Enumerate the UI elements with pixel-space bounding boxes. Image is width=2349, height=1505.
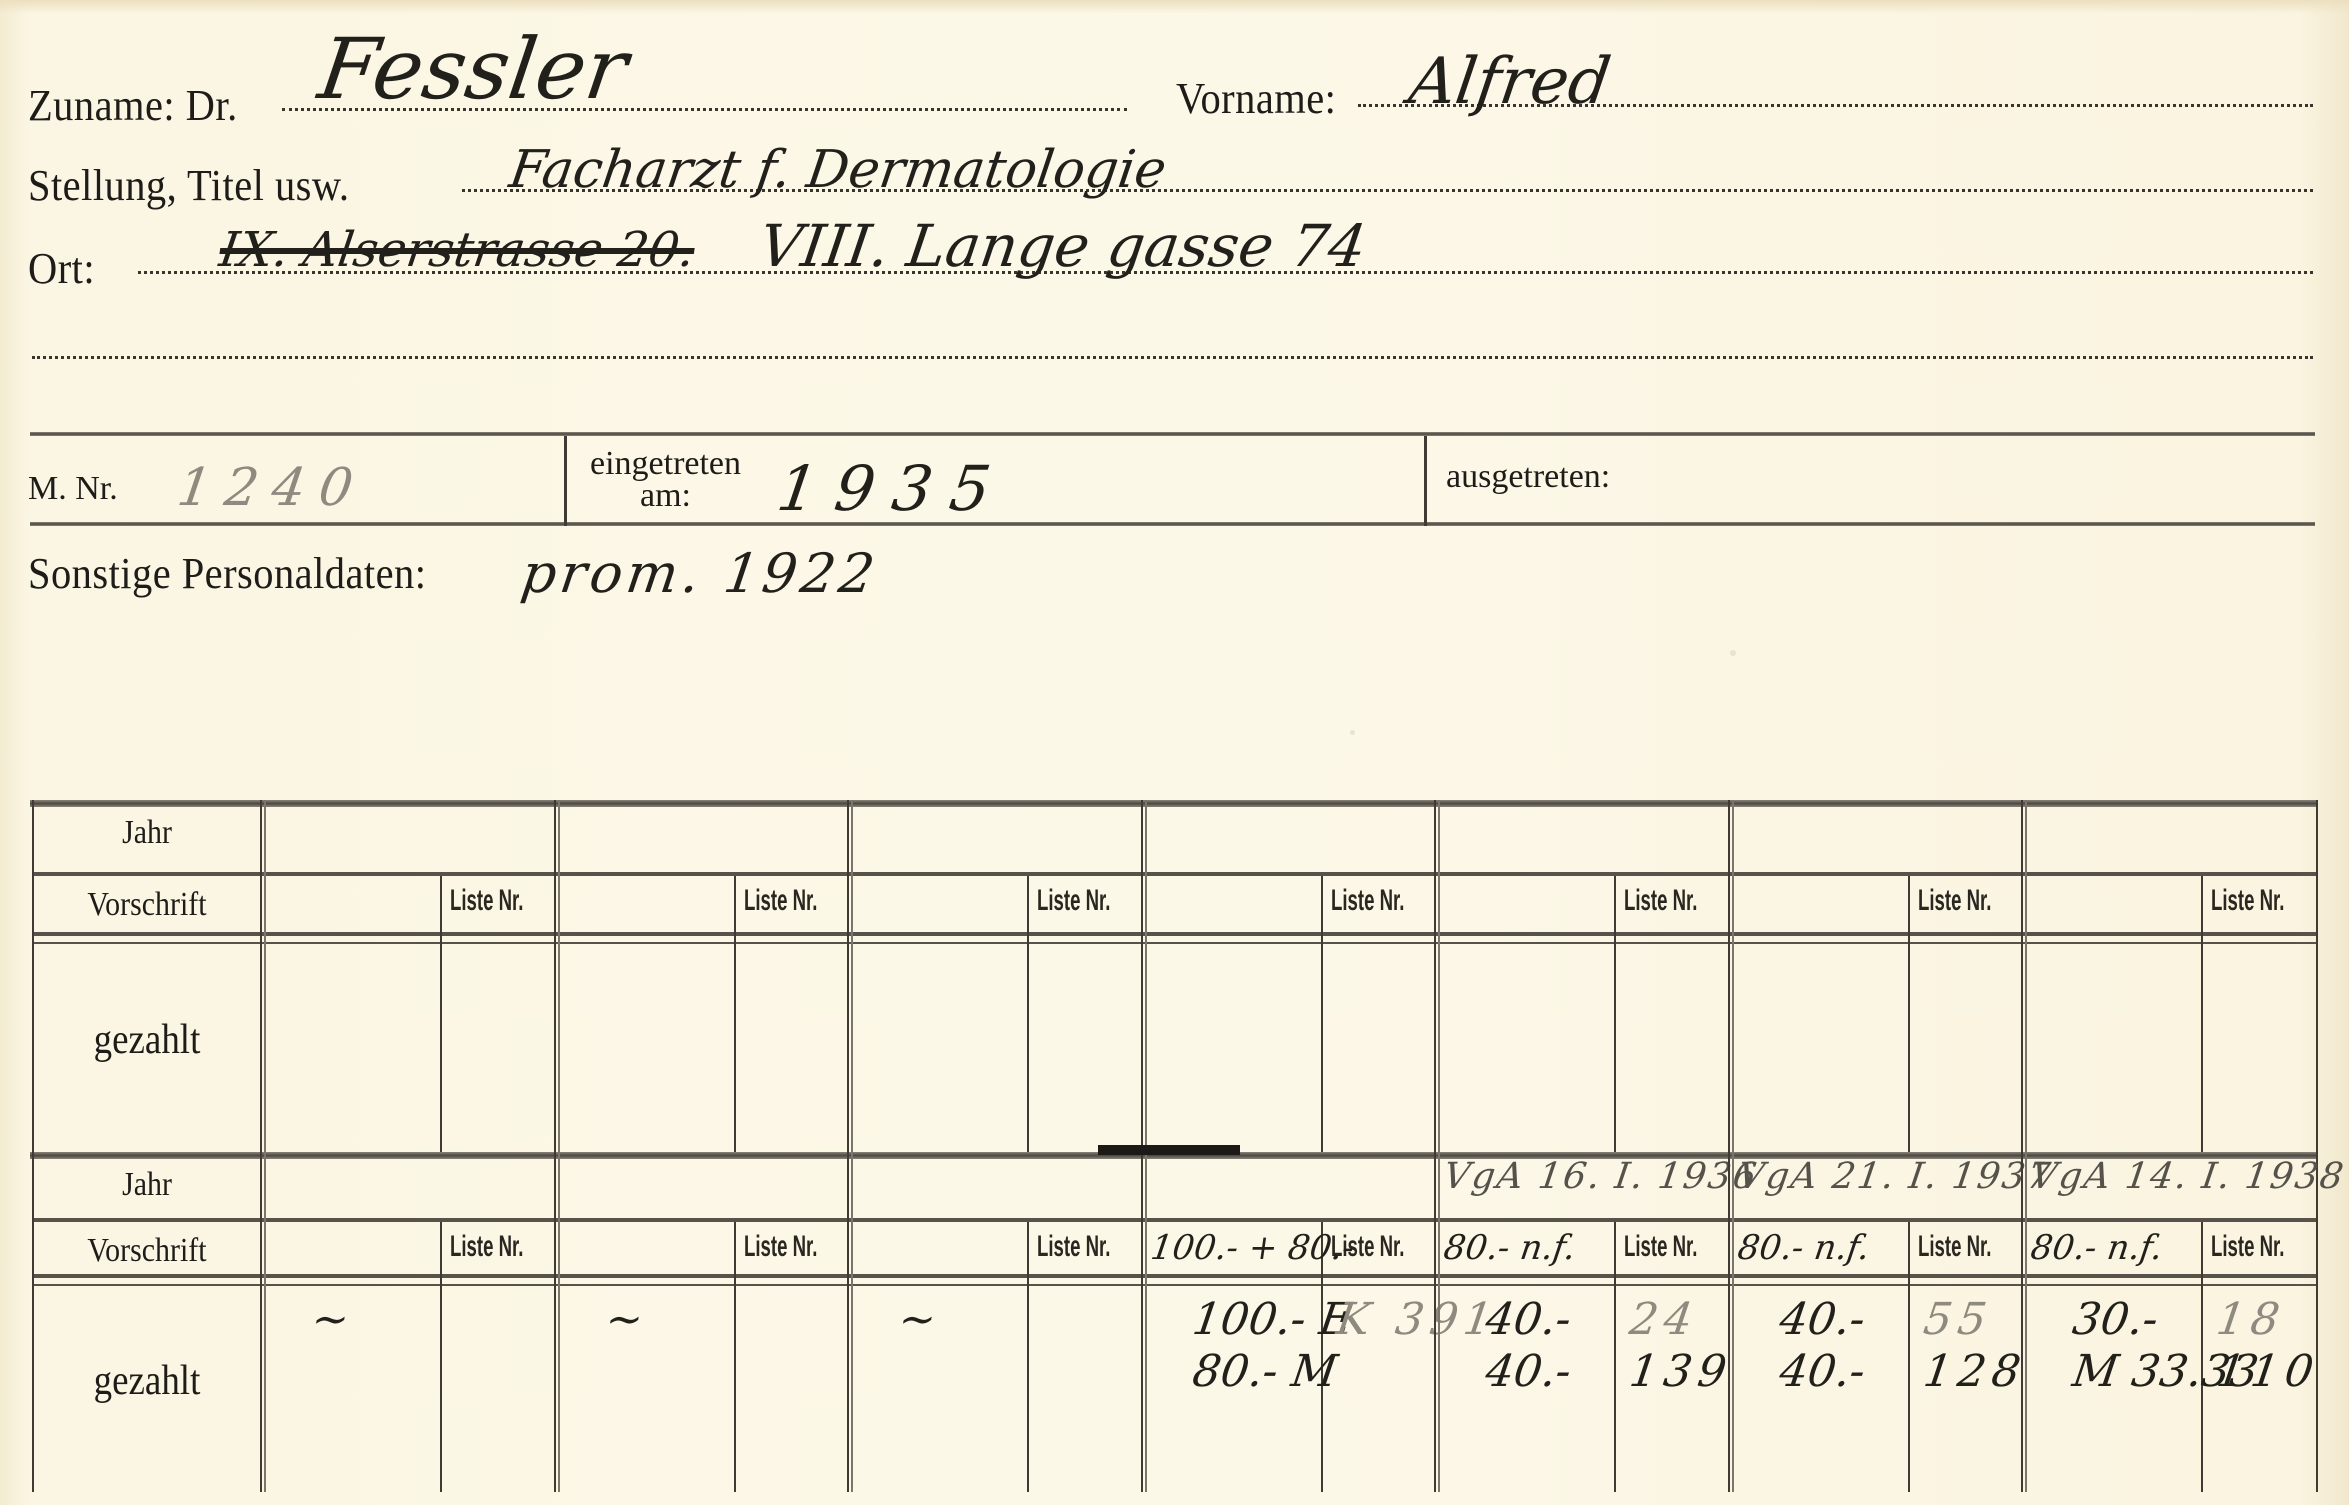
bottom-table-list-value-2: 110 — [2213, 1346, 2322, 1397]
bottom-table-paid-value-2: 40.- — [1482, 1346, 1574, 1397]
top-table-list-no-label: Liste Nr. — [450, 884, 523, 918]
top-table-list-no-label: Liste Nr. — [1918, 884, 1991, 918]
top-table-list-divider — [1614, 876, 1616, 1152]
bottom-table-list-divider — [440, 1222, 442, 1492]
bottom-table-list-no-label: Liste Nr. — [1037, 1230, 1110, 1264]
member-no-label: M. Nr. — [28, 470, 118, 508]
bottom-table-right-border — [2316, 1152, 2318, 1492]
paper-speck — [1350, 730, 1355, 735]
bottom-table-paid-value-1: ~ — [308, 1294, 352, 1345]
bottom-table-list-value-2: 139 — [1626, 1346, 1735, 1397]
bottom-table-year-value: VgA 21. I. 1937 — [1735, 1156, 2055, 1197]
bottom-table-paid-label: gezahlt — [46, 1357, 248, 1405]
firstname-label: Vorname: — [1176, 73, 1336, 124]
bottom-table-paid-value-1: 40.- — [1482, 1294, 1574, 1345]
top-table-paid-label: gezahlt — [46, 1016, 248, 1064]
extra-line — [32, 356, 2313, 359]
bottom-table-list-divider — [1908, 1222, 1910, 1492]
paper-speck — [1730, 650, 1736, 656]
top-table-list-divider — [734, 876, 736, 1152]
bottom-table-list-divider — [734, 1222, 736, 1492]
bottom-table-list-no-label: Liste Nr. — [1624, 1230, 1697, 1264]
other-data-value: prom. 1922 — [518, 542, 883, 605]
divider-ink-mark — [1098, 1145, 1240, 1155]
top-table-top-rule — [30, 800, 2318, 807]
bottom-table-list-no-label: Liste Nr. — [450, 1230, 523, 1264]
membership-divider-1 — [564, 436, 567, 526]
bottom-table-paid-value-2: 80.- M — [1189, 1346, 1340, 1397]
joined-label-line1: eingetreten — [590, 448, 741, 480]
membership-top-rule — [30, 432, 2315, 436]
bottom-table-list-divider — [1614, 1222, 1616, 1492]
top-table-left-border — [32, 800, 34, 1152]
bottom-table-list-value-1: 55 — [1920, 1294, 1995, 1345]
bottom-table-year-rule — [32, 1218, 2316, 1222]
bottom-table-list-value-1: 24 — [1626, 1294, 1701, 1345]
member-no-value: 1240 — [174, 458, 371, 518]
surname-value: Fessler — [313, 20, 633, 118]
joined-label: eingetreten am: — [590, 448, 741, 512]
bottom-table-paid-value-1: ~ — [895, 1294, 939, 1345]
position-value: Facharzt f. Dermatologie — [506, 140, 1170, 200]
scan-edge-shadow — [0, 0, 2349, 14]
surname-label: Zuname: Dr. — [28, 80, 238, 131]
bottom-table-regulation-value: 100.- + 80.- — [1148, 1228, 1356, 1268]
bottom-table-column-divider — [1141, 1152, 1147, 1492]
membership-bottom-rule — [30, 522, 2315, 526]
top-table-column-divider — [260, 800, 266, 1152]
top-table-list-no-label: Liste Nr. — [1331, 884, 1404, 918]
bottom-table-column-divider — [2021, 1152, 2027, 1492]
top-table-right-border — [2316, 800, 2318, 1152]
top-table-list-divider — [1908, 876, 1910, 1152]
bottom-table-regulation-value: 80.- n.f. — [1441, 1228, 1578, 1268]
top-table-column-divider — [847, 800, 853, 1152]
place-value: VIII. Lange gasse 74 — [755, 212, 1370, 280]
bottom-table-regulation-rule-2 — [32, 1284, 2316, 1286]
top-table-list-divider — [1321, 876, 1323, 1152]
position-label: Stellung, Titel usw. — [28, 160, 349, 211]
bottom-table-paid-value-2: 40.- — [1776, 1346, 1868, 1397]
bottom-table-list-value-1: K 391 — [1333, 1294, 1501, 1345]
top-table-list-no-label: Liste Nr. — [1624, 884, 1697, 918]
bottom-table-regulation-label: Vorschrift — [46, 1232, 248, 1270]
bottom-table-list-no-label: Liste Nr. — [1918, 1230, 1991, 1264]
top-table-column-divider — [1728, 800, 1734, 1152]
top-table-list-divider — [1027, 876, 1029, 1152]
top-table-year-rule — [32, 872, 2316, 876]
top-table-regulation-label: Vorschrift — [46, 886, 248, 924]
bottom-table-column-divider — [1728, 1152, 1734, 1492]
top-table-column-divider — [1141, 800, 1147, 1152]
bottom-table-regulation-value: 80.- n.f. — [1735, 1228, 1872, 1268]
bottom-table-paid-value-1: 100.- E — [1189, 1294, 1355, 1345]
top-table-list-no-label: Liste Nr. — [2211, 884, 2284, 918]
bottom-table-column-divider — [260, 1152, 266, 1492]
left-label: ausgetreten: — [1446, 458, 1610, 496]
bottom-table-column-divider — [1434, 1152, 1440, 1492]
place-label: Ort: — [28, 243, 95, 294]
place-value-struck: IX. Alserstrasse 20. — [216, 222, 698, 278]
bottom-table-list-no-label: Liste Nr. — [2211, 1230, 2284, 1264]
bottom-table-regulation-rule — [32, 1274, 2316, 1278]
bottom-table-column-divider — [847, 1152, 853, 1492]
top-table-list-no-label: Liste Nr. — [1037, 884, 1110, 918]
other-data-label: Sonstige Personaldaten: — [28, 548, 426, 599]
bottom-table-year-value: VgA 14. I. 1938 — [2028, 1156, 2348, 1197]
joined-label-line2: am: — [590, 480, 741, 512]
top-table-regulation-rule-2 — [32, 942, 2316, 944]
top-table-list-divider — [2201, 876, 2203, 1152]
bottom-table-paid-value-1: ~ — [602, 1294, 646, 1345]
top-table-regulation-rule — [32, 932, 2316, 936]
joined-value: 1935 — [773, 452, 1013, 525]
bottom-table-left-border — [32, 1152, 34, 1492]
bottom-table-year-value: VgA 16. I. 1936 — [1441, 1156, 1761, 1197]
membership-divider-2 — [1424, 436, 1427, 526]
top-table-list-no-label: Liste Nr. — [744, 884, 817, 918]
bottom-table-list-divider — [1027, 1222, 1029, 1492]
bottom-table-paid-value-1: 30.- — [2069, 1294, 2161, 1345]
top-table-column-divider — [554, 800, 560, 1152]
top-table-column-divider — [2021, 800, 2027, 1152]
top-table-year-label: Jahr — [46, 814, 248, 852]
bottom-table-paid-value-1: 40.- — [1776, 1294, 1868, 1345]
top-table-column-divider — [1434, 800, 1440, 1152]
bottom-table-list-value-1: 18 — [2213, 1294, 2288, 1345]
bottom-table-list-no-label: Liste Nr. — [744, 1230, 817, 1264]
bottom-table-column-divider — [554, 1152, 560, 1492]
firstname-value: Alfred — [1405, 45, 1615, 119]
top-table-list-divider — [440, 876, 442, 1152]
bottom-table-year-label: Jahr — [46, 1166, 248, 1204]
bottom-table-list-value-2: 128 — [1920, 1346, 2029, 1397]
bottom-table-regulation-value: 80.- n.f. — [2028, 1228, 2165, 1268]
